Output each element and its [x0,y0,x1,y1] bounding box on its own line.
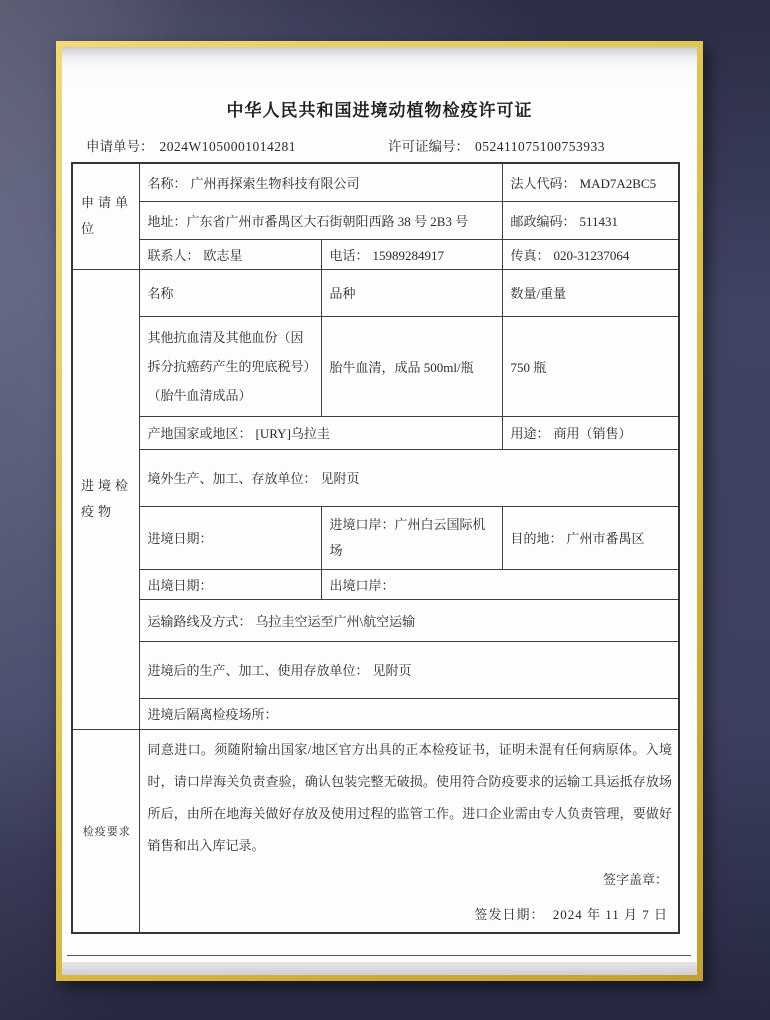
table-row: 地址：广东省广州市番禺区大石街朝阳西路 38 号 2B3 号 邮政编码：5114… [72,201,679,239]
overseas-facility-value: 见附页 [321,471,360,486]
origin-label: 产地国家或地区： [148,426,252,441]
postcode-cell: 邮政编码：511431 [502,201,679,239]
application-number: 申请单号：2024W1050001014281 [86,135,296,155]
contact-value: 欧志星 [204,248,243,263]
goods-quantity-cell: 750 瓶 [502,316,679,416]
table-row: 进境检疫物 名称 品种 数量/重量 [72,269,679,316]
contact-cell: 联系人：欧志星 [139,239,321,269]
permit-table: 申请单位 名称：广州再探索生物科技有限公司 法人代码：MAD7A2BC5 地址：… [71,162,680,934]
goods-variety-cell: 胎牛血清，成品 500ml/瓶 [321,316,502,416]
entry-port-cell: 进境口岸：广州白云国际机场 [321,506,502,569]
goods-name-cell: 其他抗血清及其他血份（因拆分抗癌药产生的兜底税号）（胎牛血清成品） [139,316,321,416]
table-row: 申请单位 名称：广州再探索生物科技有限公司 法人代码：MAD7A2BC5 [72,163,679,201]
bottom-rule-divider [67,955,691,956]
col-header-quantity: 数量/重量 [502,269,679,316]
applicant-name-cell: 名称：广州再探索生物科技有限公司 [139,163,502,201]
contact-label: 联系人： [148,248,200,263]
exit-port-label: 出境口岸： [330,578,395,593]
applicant-name-value: 广州再探索生物科技有限公司 [191,176,360,191]
entry-port-label: 进境口岸： [330,517,395,532]
entry-date-label: 进境日期： [148,531,213,546]
origin-cell: 产地国家或地区：[URY]乌拉圭 [139,416,502,449]
address-label: 地址： [148,214,187,229]
postcode-label: 邮政编码： [511,214,576,229]
destination-value: 广州市番禺区 [567,531,645,546]
application-number-label: 申请单号： [86,139,154,154]
applicant-name-label: 名称： [148,176,187,191]
col-header-name: 名称 [139,269,321,316]
post-entry-facility-label: 进境后的生产、加工、使用存放单位： [148,663,369,678]
phone-cell: 电话：15989284917 [321,239,502,269]
destination-cell: 目的地：广州市番禺区 [502,506,679,569]
table-row: 进境后隔离检疫场所： [72,698,679,729]
section-label-goods: 进境检疫物 [72,269,139,729]
permit-document: 中华人民共和国进境动植物检疫许可证 申请单号：2024W105000101428… [62,47,697,975]
entry-date-cell: 进境日期： [139,506,321,569]
requirements-cell: 同意进口。须随附输出国家/地区官方出具的正本检疫证书，证明未混有任何病原体。入境… [139,729,679,933]
legal-code-cell: 法人代码：MAD7A2BC5 [502,163,679,201]
card-bottom-strip [62,962,697,975]
requirements-text: 同意进口。须随附输出国家/地区官方出具的正本检疫证书，证明未混有任何病原体。入境… [148,734,673,862]
issue-date-value: 2024 年 11 月 7 日 [553,907,668,922]
phone-value: 15989284917 [373,248,445,263]
application-number-value: 2024W1050001014281 [160,139,297,154]
isolation-site-label: 进境后隔离检疫场所： [148,707,278,722]
table-row: 联系人：欧志星 电话：15989284917 传真：020-31237064 [72,239,679,269]
issue-date-line: 签发日期： 2024 年 11 月 7 日 [148,900,673,930]
permit-number-value: 052411075100753933 [475,139,605,154]
col-header-variety: 品种 [321,269,502,316]
section-label-requirements: 检疫要求 [72,729,139,933]
table-row: 进境日期： 进境口岸：广州白云国际机场 目的地：广州市番禺区 [72,506,679,569]
transport-label: 运输路线及方式： [148,614,252,629]
transport-value: 乌拉圭空运至广州\航空运输 [256,614,416,629]
overseas-facility-cell: 境外生产、加工、存放单位：见附页 [139,449,679,506]
section-label-applicant: 申请单位 [72,163,139,269]
permit-number: 许可证编号：052411075100753933 [388,135,605,155]
section-label-goods-text: 进境检疫物 [81,473,137,525]
table-row: 其他抗血清及其他血份（因拆分抗癌药产生的兜底税号）（胎牛血清成品） 胎牛血清，成… [72,316,679,416]
overseas-facility-label: 境外生产、加工、存放单位： [148,471,317,486]
address-value: 广东省广州市番禺区大石街朝阳西路 38 号 2B3 号 [187,214,469,229]
exit-date-label: 出境日期： [148,578,213,593]
table-row: 检疫要求 同意进口。须随附输出国家/地区官方出具的正本检疫证书，证明未混有任何病… [72,729,679,933]
exit-port-cell: 出境口岸： [321,569,679,599]
postcode-value: 511431 [580,214,619,229]
post-entry-facility-cell: 进境后的生产、加工、使用存放单位：见附页 [139,641,679,698]
fax-cell: 传真：020-31237064 [502,239,679,269]
signature-line: 签字盖章： [148,864,673,896]
legal-code-label: 法人代码： [511,176,576,191]
table-row: 境外生产、加工、存放单位：见附页 [72,449,679,506]
usage-cell: 用途：商用（销售） [502,416,679,449]
section-label-applicant-text: 申请单位 [81,190,137,242]
table-row: 产地国家或地区：[URY]乌拉圭 用途：商用（销售） [72,416,679,449]
legal-code-value: MAD7A2BC5 [580,176,657,191]
phone-label: 电话： [330,248,369,263]
issue-date-label: 签发日期： [474,907,544,922]
page-title: 中华人民共和国进境动植物检疫许可证 [62,96,697,121]
fax-value: 020-31237064 [554,248,630,263]
isolation-site-cell: 进境后隔离检疫场所： [139,698,679,729]
usage-value: 商用（销售） [554,426,632,441]
table-row: 出境日期： 出境口岸： [72,569,679,599]
post-entry-facility-value: 见附页 [373,663,412,678]
table-row: 运输路线及方式：乌拉圭空运至广州\航空运输 [72,599,679,641]
fax-label: 传真： [511,248,550,263]
table-row: 进境后的生产、加工、使用存放单位：见附页 [72,641,679,698]
exit-date-cell: 出境日期： [139,569,321,599]
gold-frame: 中华人民共和国进境动植物检疫许可证 申请单号：2024W105000101428… [56,41,703,981]
transport-cell: 运输路线及方式：乌拉圭空运至广州\航空运输 [139,599,679,641]
permit-number-label: 许可证编号： [388,139,469,154]
destination-label: 目的地： [511,531,563,546]
applicant-address-cell: 地址：广东省广州市番禺区大石街朝阳西路 38 号 2B3 号 [139,201,502,239]
origin-value: [URY]乌拉圭 [256,426,330,441]
usage-label: 用途： [511,426,550,441]
